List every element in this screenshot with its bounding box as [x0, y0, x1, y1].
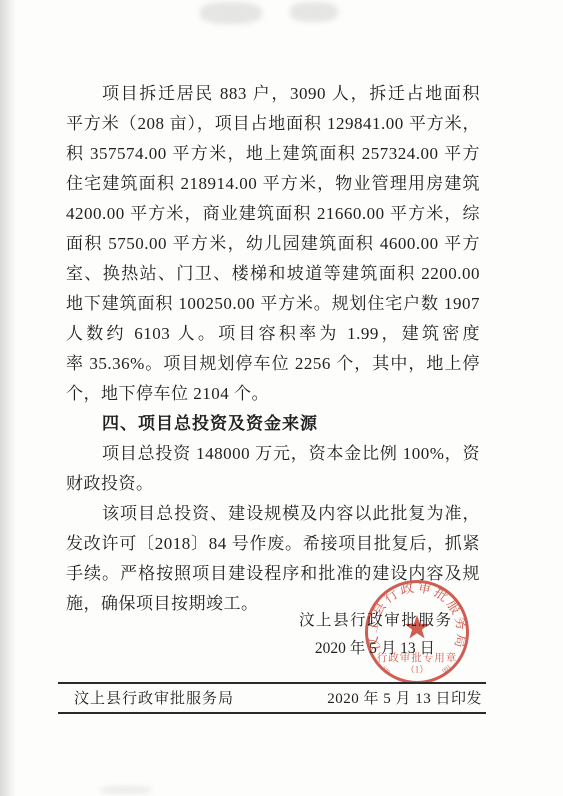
page-edge-shadow	[0, 0, 16, 796]
section-heading: 四、项目总投资及资金来源	[66, 409, 480, 439]
body-line: 平方米（208 亩），项目占地面积 129841.00 平方米，总建筑面	[66, 109, 480, 139]
official-seal: 汶上县行政审批服务局 行政审批专用章 （1） 370 001	[361, 576, 473, 688]
scan-artifact	[100, 786, 152, 794]
body-line: 财政投资。	[66, 469, 480, 499]
body-line: 人数约 6103 人。项目容积率为 1.99，建筑密度 22.21%，绿地	[66, 319, 480, 349]
body-line: 率 35.36%。项目规划停车位 2256 个，其中，地上停车位 152	[66, 349, 480, 379]
seal-star-icon	[405, 615, 430, 639]
document-body: 项目拆迁居民 883 户，3090 人，拆迁占地面积 138666.74平方米（…	[66, 79, 480, 619]
footer-print-date: 2020 年 5 月 13 日印发	[327, 687, 482, 711]
body-line: 项目拆迁居民 883 户，3090 人，拆迁占地面积 138666.74	[66, 79, 480, 109]
body-line: 面积 5750.00 平方米，幼儿园建筑面积 4600.00 平方米，配电	[66, 229, 480, 259]
scan-artifact	[290, 2, 338, 22]
scanned-document-page: { "colors": { "ink": "#1f1f1f", "seal_re…	[0, 0, 563, 796]
scan-artifact	[200, 2, 262, 24]
footer-rule-bottom	[58, 712, 486, 714]
footer-rule-top	[58, 682, 486, 684]
footer-agency: 汶上县行政审批服务局	[74, 687, 234, 711]
body-line: 项目总投资 148000 万元，资本金比例 100%，资金来源为县	[66, 439, 480, 469]
body-line: 个，地下停车位 2104 个。	[66, 379, 480, 409]
body-line: 积 357574.00 平方米，地上建筑面积 257324.00 平方米，其中	[66, 139, 480, 169]
seal-index: （1）	[406, 665, 429, 675]
body-line: 该项目总投资、建设规模及内容以此批复为准，原文号汶	[66, 499, 480, 529]
body-line: 发改许可〔2018〕84 号作废。希接项目批复后，抓紧办理各项	[66, 529, 480, 559]
body-line: 住宅建筑面积 218914.00 平方米，物业管理用房建筑面积	[66, 169, 480, 199]
seal-code-right: 001	[442, 664, 453, 674]
body-line: 地下建筑面积 100250.00 平方米。规划住宅户数 1907 户，居住	[66, 289, 480, 319]
body-line: 室、换热站、门卫、楼梯和坡道等建筑面积 2200.00 平方米；	[66, 259, 480, 289]
seal-title: 行政审批专用章	[377, 651, 458, 664]
body-line: 4200.00 平方米，商业建筑面积 21660.00 平方米，综合楼建筑	[66, 199, 480, 229]
